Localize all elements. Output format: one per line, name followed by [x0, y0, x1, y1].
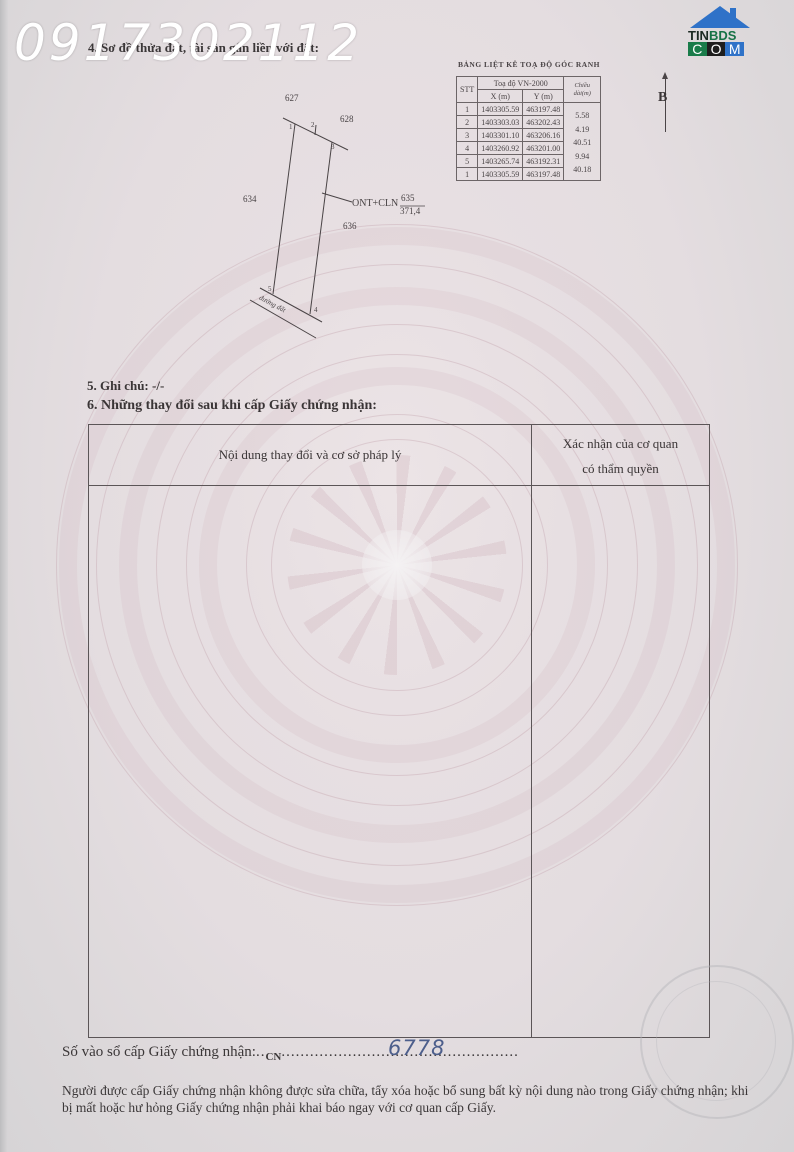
house-roof-icon: [690, 6, 750, 28]
section6-title: 6. Những thay đổi sau khi cấp Giấy chứng…: [87, 398, 377, 414]
tinbds-logo: TINBDS C O M: [688, 6, 752, 56]
phone-watermark: 0917302112: [14, 14, 362, 72]
registration-number: 6778: [388, 1036, 445, 1060]
changes-col2-header: Xác nhận của cơ quan có thẩm quyền: [532, 431, 709, 481]
changes-col1-header: Nội dung thay đổi và cơ sở pháp lý: [89, 425, 531, 485]
footer-note: Người được cấp Giấy chứng nhận không đượ…: [62, 1082, 752, 1116]
changes-table: Nội dung thay đổi và cơ sở pháp lý Xác n…: [88, 424, 710, 1038]
registration-line: Số vào sổ cấp Giấy chứng nhận:..CN......…: [62, 1044, 519, 1061]
house-chimney-icon: [730, 8, 736, 18]
